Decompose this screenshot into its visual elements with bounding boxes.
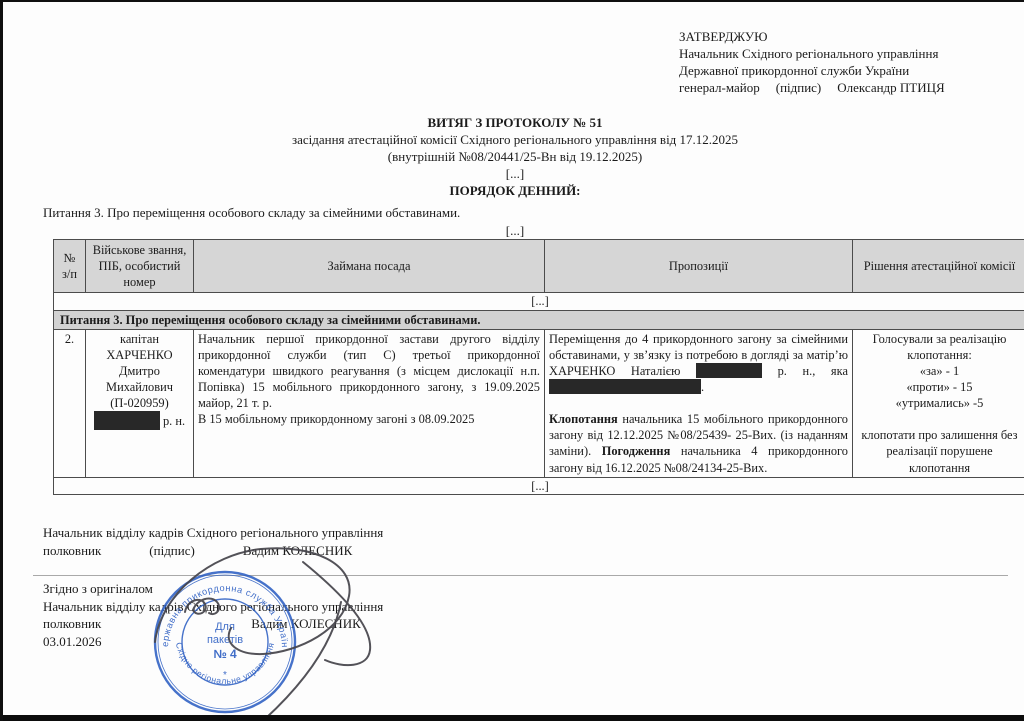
stamp-center-line2: пакетів <box>207 634 243 646</box>
section-title: Питання 3. Про переміщення особового скл… <box>54 310 1024 329</box>
approval-name: Олександр ПТИЦЯ <box>837 79 944 96</box>
header-position: Займана посада <box>194 240 545 293</box>
approval-label: Погодження <box>602 444 671 458</box>
vote-counts: «за» - 1 «проти» - 15 «утримались» -5 <box>857 363 1022 411</box>
approval-text: начальника 4 прикордонного загону від 16… <box>549 444 848 474</box>
position-text-2: В 15 мобільному прикордонному загоні з 0… <box>198 411 540 427</box>
signature-label: (підпис) <box>149 542 195 560</box>
approval-block: ЗАТВЕРДЖУЮ Начальник Східного регіональн… <box>679 28 945 96</box>
position-text: Начальник першої прикордонної застави др… <box>198 331 540 412</box>
petition-label: Клопотання <box>549 412 618 426</box>
signatory-title: Начальник відділу кадрів Східного регіон… <box>43 524 383 542</box>
proposal-paragraph-1: Переміщення до 4 прикордонного загону за… <box>549 331 848 396</box>
cell-position: Начальник першої прикордонної застави др… <box>194 329 545 477</box>
certifier-rank: полковник <box>43 615 101 633</box>
omission-mark: [...] <box>3 165 1024 182</box>
approval-post-line2: Державної прикордонної служби України <box>679 62 945 79</box>
signatory-rank: полковник <box>43 542 101 560</box>
header-decision: Рішення атестаційної комісії <box>853 240 1024 293</box>
proposal-paragraph-2: Клопотання начальника 15 мобільного прик… <box>549 411 848 476</box>
stamp-center-line1: Для <box>215 621 235 633</box>
stamp-center-line3: № 4 <box>213 647 237 661</box>
agenda-heading: ПОРЯДОК ДЕННИЙ: <box>3 182 1024 199</box>
redaction-box <box>94 411 160 430</box>
omission-mark: [...] <box>54 477 1024 494</box>
redaction-box <box>549 379 701 394</box>
title-subline1: засідання атестаційної комісії Східного … <box>3 131 1024 148</box>
redaction-box <box>696 363 762 378</box>
table-section-row: Питання 3. Про переміщення особового скл… <box>54 310 1024 329</box>
omission-mark: [...] <box>54 293 1024 310</box>
header-num: № з/п <box>54 240 86 293</box>
vote-title: Голосували за реалізацію клопотання: <box>857 331 1022 363</box>
scan-edge-bar <box>3 715 1024 721</box>
approval-post-line1: Начальник Східного регіонального управлі… <box>679 45 945 62</box>
header-proposals: Пропозиції <box>545 240 853 293</box>
document-title: ВИТЯГ З ПРОТОКОЛУ № 51 <box>3 114 1024 131</box>
attestation-table: № з/п Військове звання, ПІБ, особистий н… <box>53 239 1024 495</box>
cell-proposals: Переміщення до 4 прикордонного загону за… <box>545 329 853 477</box>
title-subline2: (внутрішній №08/20441/25-Вн від 19.12.20… <box>3 148 1024 165</box>
round-stamp: Державна прикордонна служба України Схід… <box>151 568 299 716</box>
header-rank-name: Військове звання, ПІБ, особистий номер <box>86 240 194 293</box>
approval-word: ЗАТВЕРДЖУЮ <box>679 28 945 45</box>
stamp-star: * <box>223 670 227 681</box>
officer-rank-name: капітан ХАРЧЕНКО Дмитро Михайлович (П-02… <box>106 332 173 411</box>
approval-signature-line: генерал-майор (підпис) Олександр ПТИЦЯ <box>679 79 945 96</box>
table-omission-row: [...] <box>54 293 1024 310</box>
signatory-name: Вадим КОЛЕСНИК <box>243 542 352 560</box>
question-line: Питання 3. Про переміщення особового скл… <box>43 205 460 221</box>
signature-block-1: Начальник відділу кадрів Східного регіон… <box>43 524 383 560</box>
birth-suffix: р. н. <box>163 414 185 428</box>
signature-line: полковник (підпис) Вадим КОЛЕСНИК <box>43 542 383 560</box>
approval-signature-label: (підпис) <box>776 79 822 96</box>
cell-rank-name: капітан ХАРЧЕНКО Дмитро Михайлович (П-02… <box>86 329 194 477</box>
document-page: ЗАТВЕРДЖУЮ Начальник Східного регіональн… <box>0 0 1024 721</box>
cell-row-number: 2. <box>54 329 86 477</box>
table-omission-row: [...] <box>54 477 1024 494</box>
table-data-row: 2. капітан ХАРЧЕНКО Дмитро Михайлович (П… <box>54 329 1024 477</box>
omission-mark: [...] <box>3 223 1024 239</box>
title-block: ВИТЯГ З ПРОТОКОЛУ № 51 засідання атестац… <box>3 114 1024 199</box>
approval-rank: генерал-майор <box>679 79 760 96</box>
proposal-text-2: р. н., яка <box>778 364 848 378</box>
table-header-row: № з/п Військове звання, ПІБ, особистий н… <box>54 240 1024 293</box>
proposal-text-3: . <box>701 380 704 394</box>
cell-decision: Голосували за реалізацію клопотання: «за… <box>853 329 1024 477</box>
decision-text: клопотати про залишення без реалізації п… <box>857 427 1022 475</box>
